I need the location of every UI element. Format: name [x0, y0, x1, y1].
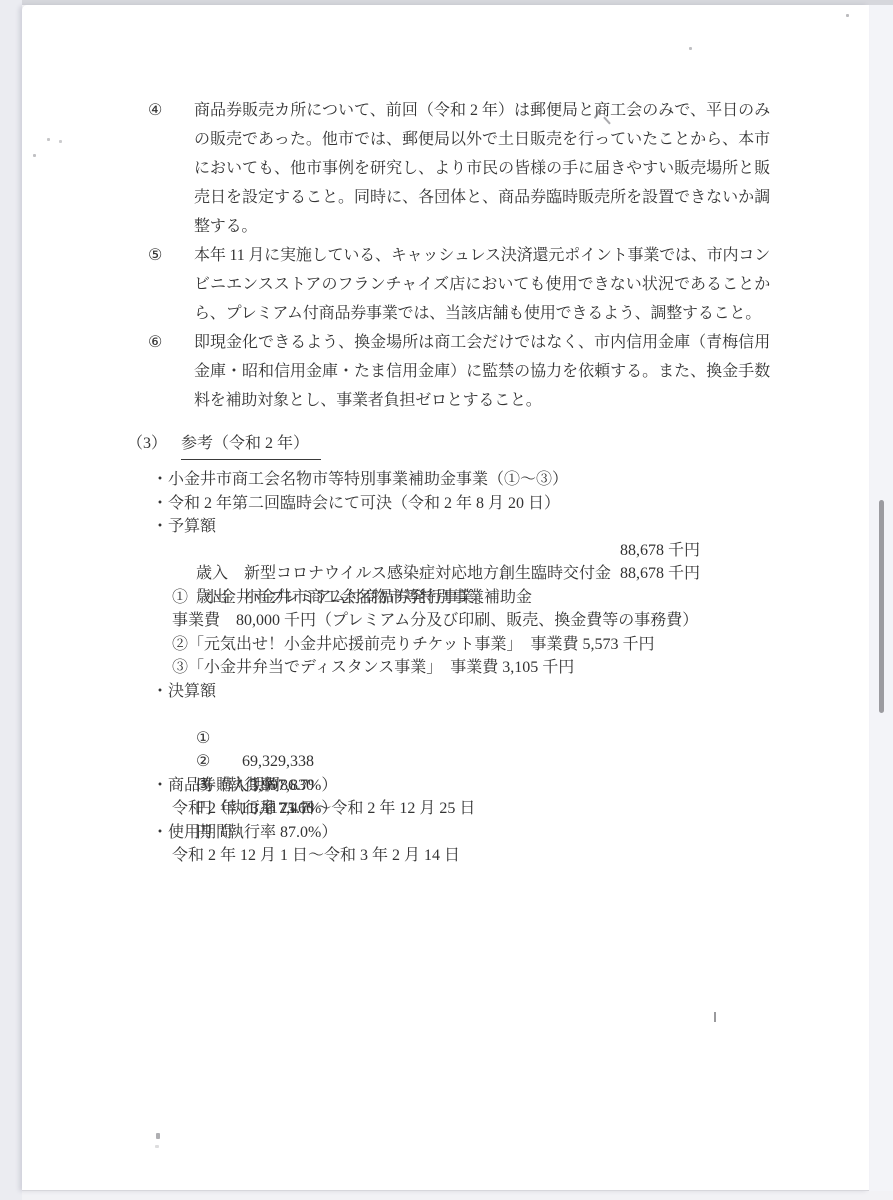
circled-number: ⑤	[148, 241, 194, 328]
scan-speck	[33, 154, 36, 157]
note-text: 即現金化できるよう、換金場所は商工会だけではなく、市内信用金庫（青梅信用金庫・昭…	[194, 328, 770, 415]
note-item-4: ④ 商品券販売カ所について、前回（令和 2 年）は郵便局と商工会のみで、平日のみ…	[148, 96, 770, 241]
ref-line: ③「小金井弁当でディスタンス事業」 事業費 3,105 千円	[127, 656, 817, 680]
ref-line: ①「小金井市プレミアム付商品券発行事業」	[127, 586, 817, 610]
ref-line: 令和 2 年 11 月 25 日～令和 2 年 12 月 25 日	[127, 797, 817, 821]
note-text: 本年 11 月に実施している、キャッシュレス決済還元ポイント事業では、市内コンビ…	[194, 241, 770, 328]
ref-line: ・小金井市商工会名物市等特別事業補助金事業（①～③）	[127, 468, 817, 492]
scan-speck	[47, 138, 50, 141]
screenshot-canvas: ④ 商品券販売カ所について、前回（令和 2 年）は郵便局と商工会のみで、平日のみ…	[0, 0, 893, 1200]
note-item-6: ⑥ 即現金化できるよう、換金場所は商工会だけではなく、市内信用金庫（青梅信用金庫…	[148, 328, 770, 415]
ref-line: 事業費 80,000 千円（プレミアム分及び印刷、販売、換金費等の事務費）	[127, 609, 817, 633]
note-text: 商品券販売カ所について、前回（令和 2 年）は郵便局と商工会のみで、平日のみの販…	[194, 96, 770, 241]
circled-number: ⑥	[148, 328, 194, 415]
scan-speck	[155, 1145, 159, 1148]
ref-line: ・決算額	[127, 680, 817, 704]
ref-line: 令和 2 年 12 月 1 日～令和 3 年 2 月 14 日	[127, 844, 817, 868]
section-label: （3）	[127, 432, 167, 460]
note-item-5: ⑤ 本年 11 月に実施している、キャッシュレス決済還元ポイント事業では、市内コ…	[148, 241, 770, 328]
budget-row-revenue: 歳入 新型コロナウイルス感染症対応地方創生臨時交付金 88,678 千円	[127, 539, 817, 563]
budget-row-expense: 歳出 小金井市商工会名物市等特別事業補助金 88,678 千円	[127, 562, 817, 586]
scan-speck	[689, 47, 692, 50]
reference-section: （3） 参考（令和 2 年） ・小金井市商工会名物市等特別事業補助金事業（①～③…	[127, 432, 817, 868]
circled-number: ④	[148, 96, 194, 241]
ref-line: ②「元気出せ！小金井応援前売りチケット事業」 事業費 5,573 千円	[127, 633, 817, 657]
budget-amount: 88,678 千円	[620, 539, 700, 563]
scan-speck	[714, 1012, 716, 1022]
notes-block: ④ 商品券販売カ所について、前回（令和 2 年）は郵便局と商工会のみで、平日のみ…	[148, 96, 770, 415]
scan-speck	[846, 14, 849, 17]
settlement-row-1: ① 69,329,338 円（執行率 86.7%）	[127, 703, 817, 727]
ref-line: ・商品券購入期間	[127, 774, 817, 798]
scrollbar-thumb[interactable]	[879, 500, 884, 713]
reference-heading: （3） 参考（令和 2 年）	[127, 432, 817, 460]
settlement-row-3: ③ 3,117,466 円（執行率 87.0%）	[127, 750, 817, 774]
ref-line: ・令和 2 年第二回臨時会にて可決（令和 2 年 8 月 20 日）	[127, 492, 817, 516]
ref-line: ・使用期間	[127, 821, 817, 845]
bottom-edge-band	[22, 1191, 893, 1200]
left-margin-strip	[0, 0, 22, 1200]
scan-speck	[156, 1133, 160, 1139]
budget-amount: 88,678 千円	[620, 562, 700, 586]
section-title: 参考（令和 2 年）	[181, 432, 321, 460]
scan-speck	[59, 140, 62, 143]
ref-line: ・予算額	[127, 515, 817, 539]
settlement-row-2: ② 3,997,830 円（執行率 71.7%）	[127, 727, 817, 751]
